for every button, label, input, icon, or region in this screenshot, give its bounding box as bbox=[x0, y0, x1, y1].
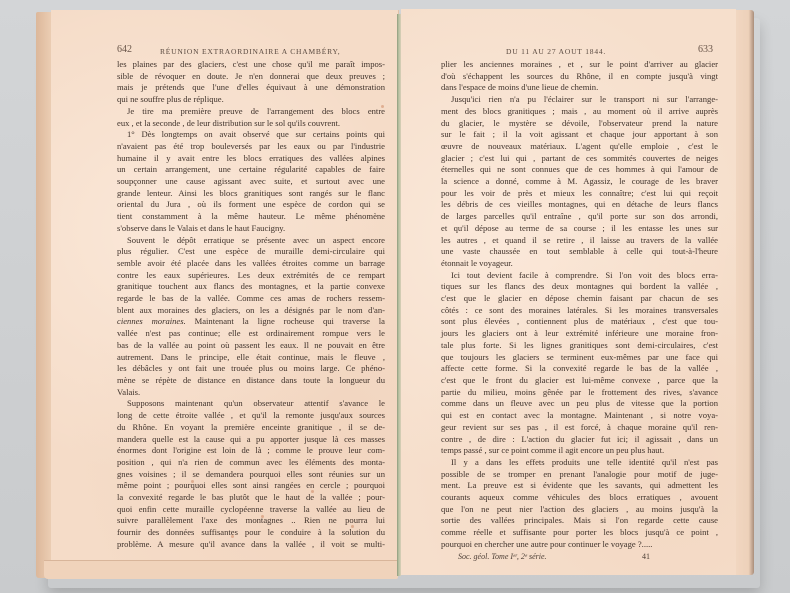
text-line: ciennes moraines. Maintenant la ligne ro… bbox=[117, 316, 385, 328]
text-line: pourquoi en chercher une autre pour cont… bbox=[441, 539, 718, 551]
book-page-stack-right-edge bbox=[736, 10, 754, 575]
text-line: éternelles qui ne sont connues que de ce… bbox=[441, 164, 718, 176]
text-line: 1° Dès longtemps on avait observé que su… bbox=[117, 129, 385, 141]
text-line: côtés : ce sont des moraines latérales. … bbox=[441, 305, 718, 317]
text-line: du Rhône. En voyant la première enceinte… bbox=[117, 422, 385, 434]
text-line: un certain arrangement, une certaine rég… bbox=[117, 164, 385, 176]
text-line: granitique touchent aux flancs des monta… bbox=[117, 281, 385, 293]
text-line: ment des blocs granitiques ; mais , au m… bbox=[441, 106, 718, 118]
running-head-left: RÉUNION EXTRAORDINAIRE A CHAMBÉRY, bbox=[160, 47, 340, 56]
text-line: Jusqu'ici rien n'a pu l'éclairer sur le … bbox=[441, 94, 718, 106]
text-line: Souvent le dépôt erratique se présente a… bbox=[117, 235, 385, 247]
text-line: une vaste chaussée en tout semblable à c… bbox=[441, 246, 718, 258]
text-line: œuvre de nouveaux matériaux. L'agent qu'… bbox=[441, 141, 718, 153]
text-line: sur le fait ; il la voit agissant et cha… bbox=[441, 129, 718, 141]
text-line: que toujours les glaciers se terminent e… bbox=[441, 352, 718, 364]
text-line: qui est en contact avec la montagne. Mai… bbox=[441, 410, 718, 422]
text-line: Ici tout devient facile à comprendre. Si… bbox=[441, 270, 718, 282]
text-line: affecte cette forme. Si la convexité reg… bbox=[441, 363, 718, 375]
text-line: semble avoir été placée dans les vallées… bbox=[117, 258, 385, 270]
book-cover-bottom-edge bbox=[44, 560, 398, 579]
text-line: la convexité regarde le bas plutôt que l… bbox=[117, 492, 385, 504]
text-line: geur revient sur ses pas , il est forcé,… bbox=[441, 422, 718, 434]
text-line: position , qui n'a rien de commun avec l… bbox=[117, 457, 385, 469]
text-line: problème. A mesure qu'il avance dans la … bbox=[117, 539, 385, 551]
text-line: temps passé , sur ce point comme il agit… bbox=[441, 445, 718, 457]
right-page-body-text: plier les anciennes moraines , et , sur … bbox=[441, 59, 718, 551]
text-line: c'est que le front du glacier est lui-mê… bbox=[441, 375, 718, 387]
text-line: contre , de dire : L'action du glacier f… bbox=[441, 434, 718, 446]
text-line: regarde le bas de la vallée. Comme ces a… bbox=[117, 293, 385, 305]
text-line: contre les eaux supérieures. Les deux ex… bbox=[117, 270, 385, 282]
text-line: gnes voisines ; il se demandera pourquoi… bbox=[117, 469, 385, 481]
running-head-right: DU 11 AU 27 AOUT 1844. bbox=[506, 47, 606, 56]
text-line: les autres , et quand il se retire , il … bbox=[441, 235, 718, 247]
text-line: mandera quelle est la cause qui a pu app… bbox=[117, 434, 385, 446]
text-line: les débris de ces vieilles montagnes, qu… bbox=[441, 199, 718, 211]
text-line: sible de révoquer en doute. Je n'en donn… bbox=[117, 71, 385, 83]
text-line: comme réelle et suffisante pour porter l… bbox=[441, 527, 718, 539]
text-line: Valais. bbox=[117, 387, 385, 399]
text-line: ment. La preuve est si évidente que les … bbox=[441, 480, 718, 492]
text-line: Je tire ma première preuve de l'arrangem… bbox=[117, 106, 385, 118]
signature-mark: 41 bbox=[642, 552, 650, 561]
text-line: Il y a dans les effets produits une tell… bbox=[441, 457, 718, 469]
text-line: bas de la vallée au point où passent les… bbox=[117, 340, 385, 352]
text-line: et qu'il dépose au terme de sa course ; … bbox=[441, 223, 718, 235]
text-line: glacier ; c'est lui qui , partant de ces… bbox=[441, 153, 718, 165]
text-line: s'observe dans le Valais et dans le haut… bbox=[117, 223, 385, 235]
text-line: mène se répète de distance en distance d… bbox=[117, 375, 385, 387]
text-line: sortie des vallées principales. Mais si … bbox=[441, 515, 718, 527]
text-line: vallée n'est pas continue; elle est ordi… bbox=[117, 328, 385, 340]
text-line: blent aux moraines des glaciers, on les … bbox=[117, 305, 385, 317]
text-line: énormes dont l'origine est loin de là ; … bbox=[117, 445, 385, 457]
text-line: sont plus élevées , contiennent plus de … bbox=[441, 316, 718, 328]
text-line: fournir des données suffisantes pour le … bbox=[117, 527, 385, 539]
text-line: eux , et la seconde , de leur distributi… bbox=[117, 118, 385, 130]
text-line: les débâcles y ont fait une trouée plus … bbox=[117, 363, 385, 375]
text-line: Supposons maintenant qu'un observateur a… bbox=[117, 398, 385, 410]
text-line: plier les anciennes moraines , et , sur … bbox=[441, 59, 718, 71]
text-line: soupçonner une cause agissant avec suite… bbox=[117, 176, 385, 188]
text-line: tale plus forte. Si les lignes granitiqu… bbox=[441, 340, 718, 352]
text-line: tiques sur les flancs des deux montagnes… bbox=[441, 281, 718, 293]
text-line: plus régulier. C'est une espèce de murai… bbox=[117, 246, 385, 258]
text-line: autrement. Dans le principe, elle était … bbox=[117, 352, 385, 364]
text-line: mais je prétends que l'une d'elles équiv… bbox=[117, 82, 385, 94]
text-line: jours les glaciers ont à leur extrémité … bbox=[441, 328, 718, 340]
text-line: long de cette étroite vallée , et qu'il … bbox=[117, 410, 385, 422]
text-line: courants aqueux comme véhicules des bloc… bbox=[441, 492, 718, 504]
text-line: partie du milieu, moins gênée par le fro… bbox=[441, 387, 718, 399]
text-line: n'avaient pas été trop bouleversés par l… bbox=[117, 141, 385, 153]
text-line: c'est que le glacier en dépose chemin fa… bbox=[441, 293, 718, 305]
text-line: grande lenteur. Ainsi les blocs granitiq… bbox=[117, 188, 385, 200]
text-line: qui ne souffre plus de réplique. bbox=[117, 94, 385, 106]
text-line: oriental du Jura , où ils forment une es… bbox=[117, 199, 385, 211]
text-line: dans l'espace de moins d'une lieue de ch… bbox=[441, 82, 718, 94]
text-line: les plaines par des glaciers, c'est une … bbox=[117, 59, 385, 71]
text-line: pour les voir de près et mieux les conna… bbox=[441, 188, 718, 200]
signature-label: Soc. géol. Tome Iᵉʳ, 2ᵉ série. bbox=[458, 552, 547, 561]
text-line: même point ; pourquoi elles sont ainsi r… bbox=[117, 480, 385, 492]
text-line: la science a donné, comme à M. Agassiz, … bbox=[441, 176, 718, 188]
text-line: du glacier, le mystère se dévoile, l'obs… bbox=[441, 118, 718, 130]
text-line: suivre parallèlement l'axe des montagnes… bbox=[117, 515, 385, 527]
text-line: comme dans un fleuve avec un peu plus de… bbox=[441, 398, 718, 410]
text-line: de larges parcelles qu'il entraîne , qu'… bbox=[441, 211, 718, 223]
text-line: tient constamment à la même hauteur. Le … bbox=[117, 211, 385, 223]
text-line: d'où s'échappent les sources du Rhône, i… bbox=[441, 71, 718, 83]
signature-line: Soc. géol. Tome Iᵉʳ, 2ᵉ série. bbox=[458, 552, 547, 561]
page-number-right: 633 bbox=[698, 44, 713, 55]
text-line: quoi enfin cette muraille cyclopéenne tr… bbox=[117, 504, 385, 516]
text-line: humaine il y avait entre les blocs errat… bbox=[117, 153, 385, 165]
text-line: que l'on ne peut nier l'action des glaci… bbox=[441, 504, 718, 516]
text-line: étonnait le voyageur. bbox=[441, 258, 718, 270]
page-number-left: 642 bbox=[117, 44, 132, 55]
text-line: possible de se tromper en prenant l'anal… bbox=[441, 469, 718, 481]
left-page-body-text: les plaines par des glaciers, c'est une … bbox=[117, 59, 385, 551]
